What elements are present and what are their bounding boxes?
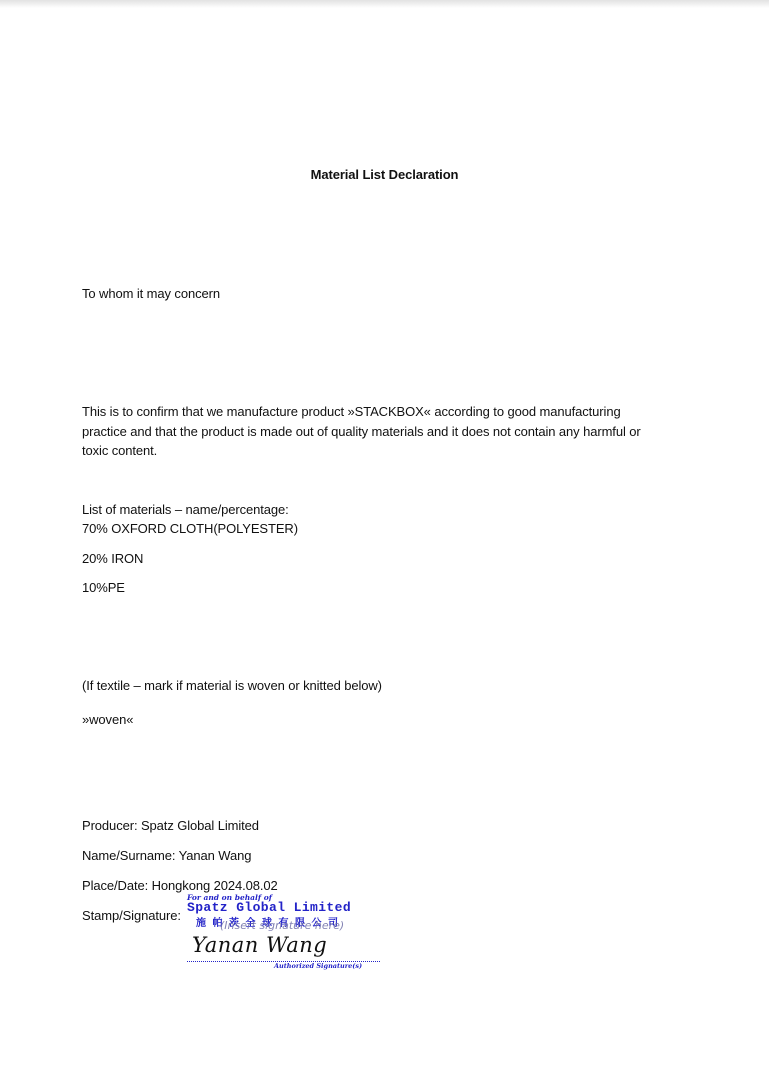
textile-value: »woven«	[82, 710, 133, 730]
producer-line: Producer: Spatz Global Limited	[82, 816, 259, 836]
material-item: 70% OXFORD CLOTH(POLYESTER)	[82, 519, 298, 539]
document-page: Material List Declaration To whom it may…	[0, 0, 769, 1087]
material-item: 10%PE	[82, 578, 125, 598]
name-surname-line: Name/Surname: Yanan Wang	[82, 846, 251, 866]
authorized-signature-label: Authorized Signature(s)	[274, 962, 362, 970]
signature-placeholder: (Insert signature here)	[220, 919, 344, 932]
materials-heading: List of materials – name/percentage:	[82, 500, 289, 520]
salutation: To whom it may concern	[82, 284, 220, 304]
handwritten-signature: Yanan Wang	[192, 933, 327, 957]
textile-instruction: (If textile – mark if material is woven …	[82, 676, 382, 696]
confirmation-paragraph: This is to confirm that we manufacture p…	[82, 402, 692, 461]
paragraph-line-3: toxic content.	[82, 441, 692, 461]
document-title: Material List Declaration	[0, 165, 769, 184]
material-item: 20% IRON	[82, 549, 143, 569]
stamp-signature-label: Stamp/Signature:	[82, 906, 181, 926]
paragraph-line-1: This is to confirm that we manufacture p…	[82, 402, 692, 422]
company-stamp: For and on behalf of Spatz Global Limite…	[184, 893, 394, 983]
stamp-company-name: Spatz Global Limited	[187, 900, 351, 915]
paragraph-line-2: practice and that the product is made ou…	[82, 422, 692, 442]
